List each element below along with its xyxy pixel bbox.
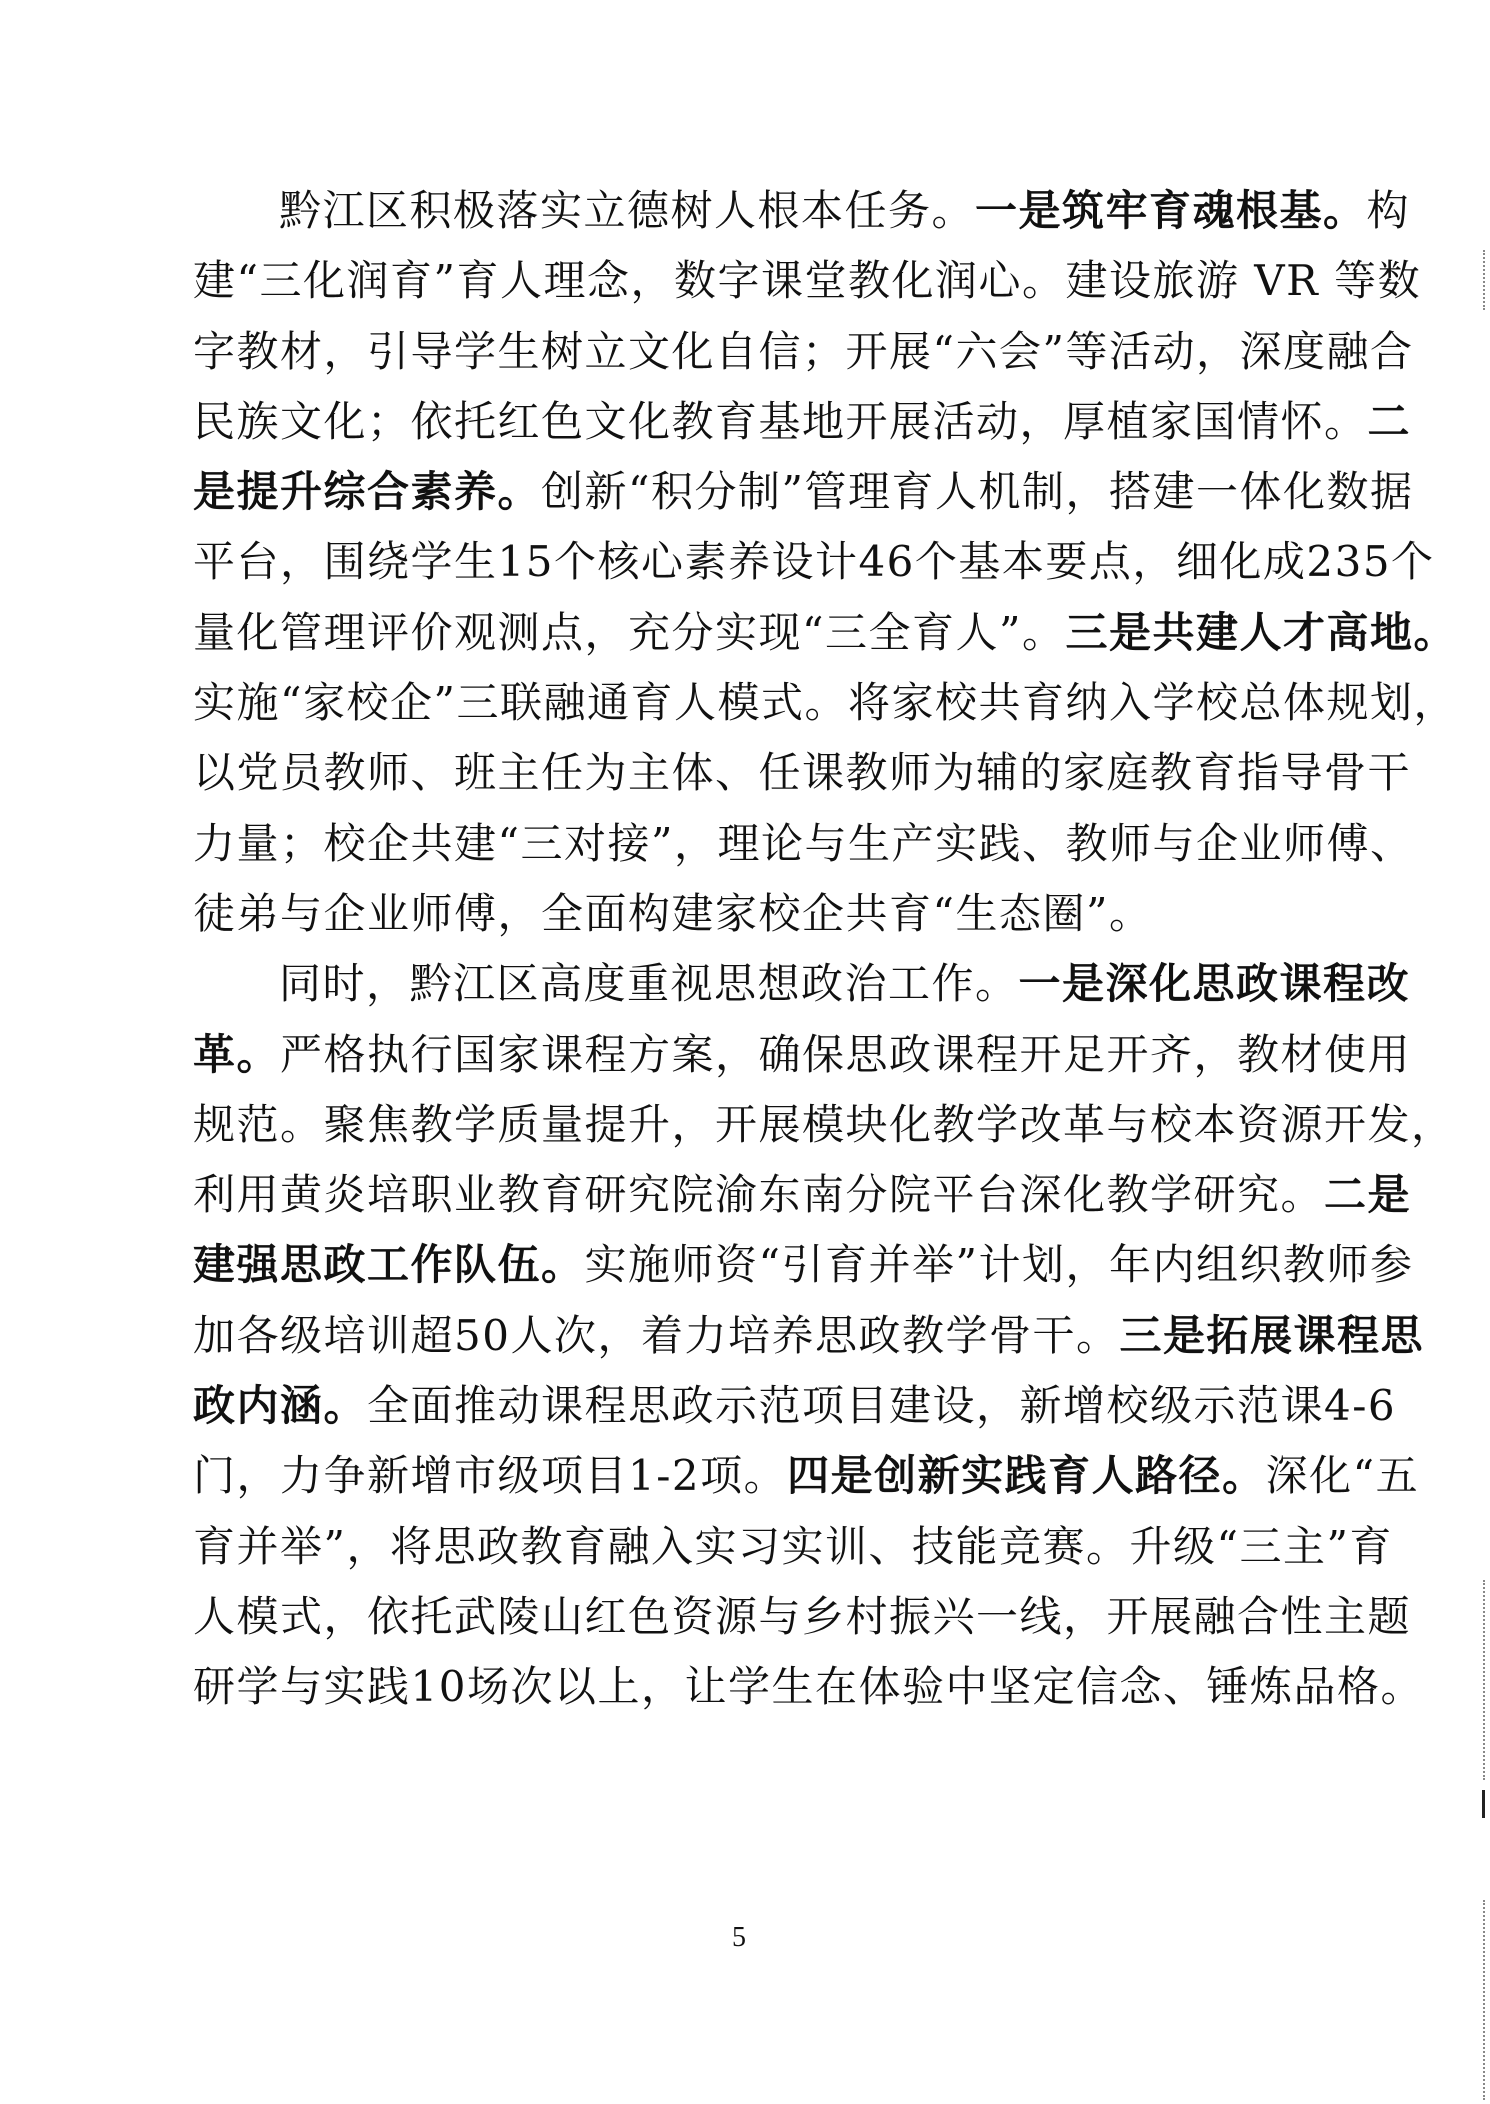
text-line: 实施“家校企”三联融通育人模式。将家校共育纳入学校总体规划， (193, 668, 1285, 738)
bold-heading-run: 革。 (193, 1030, 280, 1079)
text-line: 力量；校企共建“三对接”，理论与生产实践、教师与企业师傅、 (193, 809, 1285, 879)
text-run: 以党员教师、班主任为主体、任课教师为辅的家庭教育指导骨干 (193, 748, 1411, 797)
bold-heading-run: 二 (1368, 397, 1412, 446)
text-run: 全面推动课程思政示范项目建设，新增校级示范课4-6 (367, 1381, 1396, 1430)
text-run: 人模式，依托武陵山红色资源与乡村振兴一线，开展融合性主题 (193, 1592, 1411, 1641)
text-run: 构 (1367, 186, 1411, 235)
text-run: 力量；校企共建“三对接”，理论与生产实践、教师与企业师傅、 (193, 819, 1413, 868)
text-line: 政内涵。全面推动课程思政示范项目建设，新增校级示范课4-6 (193, 1371, 1285, 1441)
text-run: 平台，围绕学生15个核心素养设计46个基本要点，细化成235个 (193, 537, 1435, 586)
text-run: 量化管理评价观测点，充分实现“三全育人”。 (193, 608, 1065, 657)
text-line: 字教材，引导学生树立文化自信；开展“六会”等活动，深度融合 (193, 317, 1285, 387)
text-line: 量化管理评价观测点，充分实现“三全育人”。三是共建人才高地。 (193, 598, 1285, 668)
text-run: 实施“家校企”三联融通育人模式。将家校共育纳入学校总体规划， (193, 678, 1457, 727)
text-run: 深化“五 (1266, 1451, 1419, 1500)
scan-artifact (1483, 1900, 1487, 2100)
paragraph-1: 黔江区积极落实立德树人根本任务。一是筑牢育魂根基。构建“三化润育”育人理念，数字… (193, 176, 1285, 949)
bold-heading-run: 政内涵。 (193, 1381, 367, 1430)
text-run: 创新“积分制”管理育人机制，搭建一体化数据 (541, 467, 1413, 516)
text-line: 利用黄炎培职业教育研究院渝东南分院平台深化教学研究。二是 (193, 1160, 1285, 1230)
text-line: 民族文化；依托红色文化教育基地开展活动，厚植家国情怀。二 (193, 387, 1285, 457)
bold-heading-run: 一是深化思政课程改 (1019, 959, 1411, 1008)
text-run: 黔江区积极落实立德树人根本任务。 (279, 186, 975, 235)
text-run: 民族文化；依托红色文化教育基地开展活动，厚植家国情怀。 (193, 397, 1368, 446)
text-line: 育并举”，将思政教育融入实习实训、技能竞赛。升级“三主”育 (193, 1512, 1285, 1582)
scan-artifact (1483, 1580, 1487, 1780)
text-line: 加各级培训超50人次，着力培养思政教学骨干。三是拓展课程思 (193, 1301, 1285, 1371)
text-line: 人模式，依托武陵山红色资源与乡村振兴一线，开展融合性主题 (193, 1582, 1285, 1652)
text-line: 黔江区积极落实立德树人根本任务。一是筑牢育魂根基。构 (193, 176, 1285, 246)
text-line: 同时，黔江区高度重视思想政治工作。一是深化思政课程改 (193, 949, 1285, 1019)
text-run: 徒弟与企业师傅，全面构建家校企共育“生态圈”。 (193, 889, 1152, 938)
paragraph-2: 同时，黔江区高度重视思想政治工作。一是深化思政课程改革。严格执行国家课程方案，确… (193, 949, 1285, 1722)
bold-heading-run: 三是共建人才高地。 (1065, 608, 1457, 657)
body-text: 黔江区积极落实立德树人根本任务。一是筑牢育魂根基。构建“三化润育”育人理念，数字… (193, 176, 1285, 1723)
text-line: 平台，围绕学生15个核心素养设计46个基本要点，细化成235个 (193, 527, 1285, 597)
bold-heading-run: 一是筑牢育魂根基。 (975, 186, 1367, 235)
text-run: 利用黄炎培职业教育研究院渝东南分院平台深化教学研究。 (193, 1170, 1324, 1219)
scan-artifact (1482, 1790, 1485, 1818)
text-run: 育并举”，将思政教育融入实习实训、技能竞赛。升级“三主”育 (193, 1522, 1393, 1571)
text-line: 徒弟与企业师傅，全面构建家校企共育“生态圈”。 (193, 879, 1285, 949)
text-line: 研学与实践10场次以上，让学生在体验中坚定信念、锤炼品格。 (193, 1652, 1285, 1722)
text-run: 门，力争新增市级项目1-2项。 (193, 1451, 787, 1500)
text-line: 是提升综合素养。创新“积分制”管理育人机制，搭建一体化数据 (193, 457, 1285, 527)
text-run: 严格执行国家课程方案，确保思政课程开足开齐，教材使用 (280, 1030, 1411, 1079)
text-line: 以党员教师、班主任为主体、任课教师为辅的家庭教育指导骨干 (193, 738, 1285, 808)
text-line: 规范。聚焦教学质量提升，开展模块化教学改革与校本资源开发， (193, 1090, 1285, 1160)
text-line: 革。严格执行国家课程方案，确保思政课程开足开齐，教材使用 (193, 1020, 1285, 1090)
text-line: 门，力争新增市级项目1-2项。四是创新实践育人路径。深化“五 (193, 1441, 1285, 1511)
text-run: 建“三化润育”育人理念，数字课堂教化润心。建设旅游 VR 等数 (193, 256, 1421, 305)
text-run: 实施师资“引育并举”计划，年内组织教师参 (585, 1240, 1414, 1289)
text-run: 加各级培训超50人次，着力培养思政教学骨干。 (193, 1311, 1119, 1360)
document-page: 黔江区积极落实立德树人根本任务。一是筑牢育魂根基。构建“三化润育”育人理念，数字… (0, 0, 1490, 2104)
text-line: 建“三化润育”育人理念，数字课堂教化润心。建设旅游 VR 等数 (193, 246, 1285, 316)
text-run: 同时，黔江区高度重视思想政治工作。 (279, 959, 1019, 1008)
scan-artifact (1483, 250, 1487, 310)
text-run: 规范。聚焦教学质量提升，开展模块化教学改革与校本资源开发， (193, 1100, 1455, 1149)
bold-heading-run: 四是创新实践育人路径。 (787, 1451, 1266, 1500)
bold-heading-run: 是提升综合素养。 (193, 467, 541, 516)
bold-heading-run: 建强思政工作队伍。 (193, 1240, 585, 1289)
text-run: 研学与实践10场次以上，让学生在体验中坚定信念、锤炼品格。 (193, 1662, 1424, 1711)
text-run: 字教材，引导学生树立文化自信；开展“六会”等活动，深度融合 (193, 327, 1413, 376)
text-line: 建强思政工作队伍。实施师资“引育并举”计划，年内组织教师参 (193, 1230, 1285, 1300)
page-number: 5 (732, 1922, 746, 1954)
bold-heading-run: 三是拓展课程思 (1119, 1311, 1424, 1360)
bold-heading-run: 二是 (1324, 1170, 1411, 1219)
